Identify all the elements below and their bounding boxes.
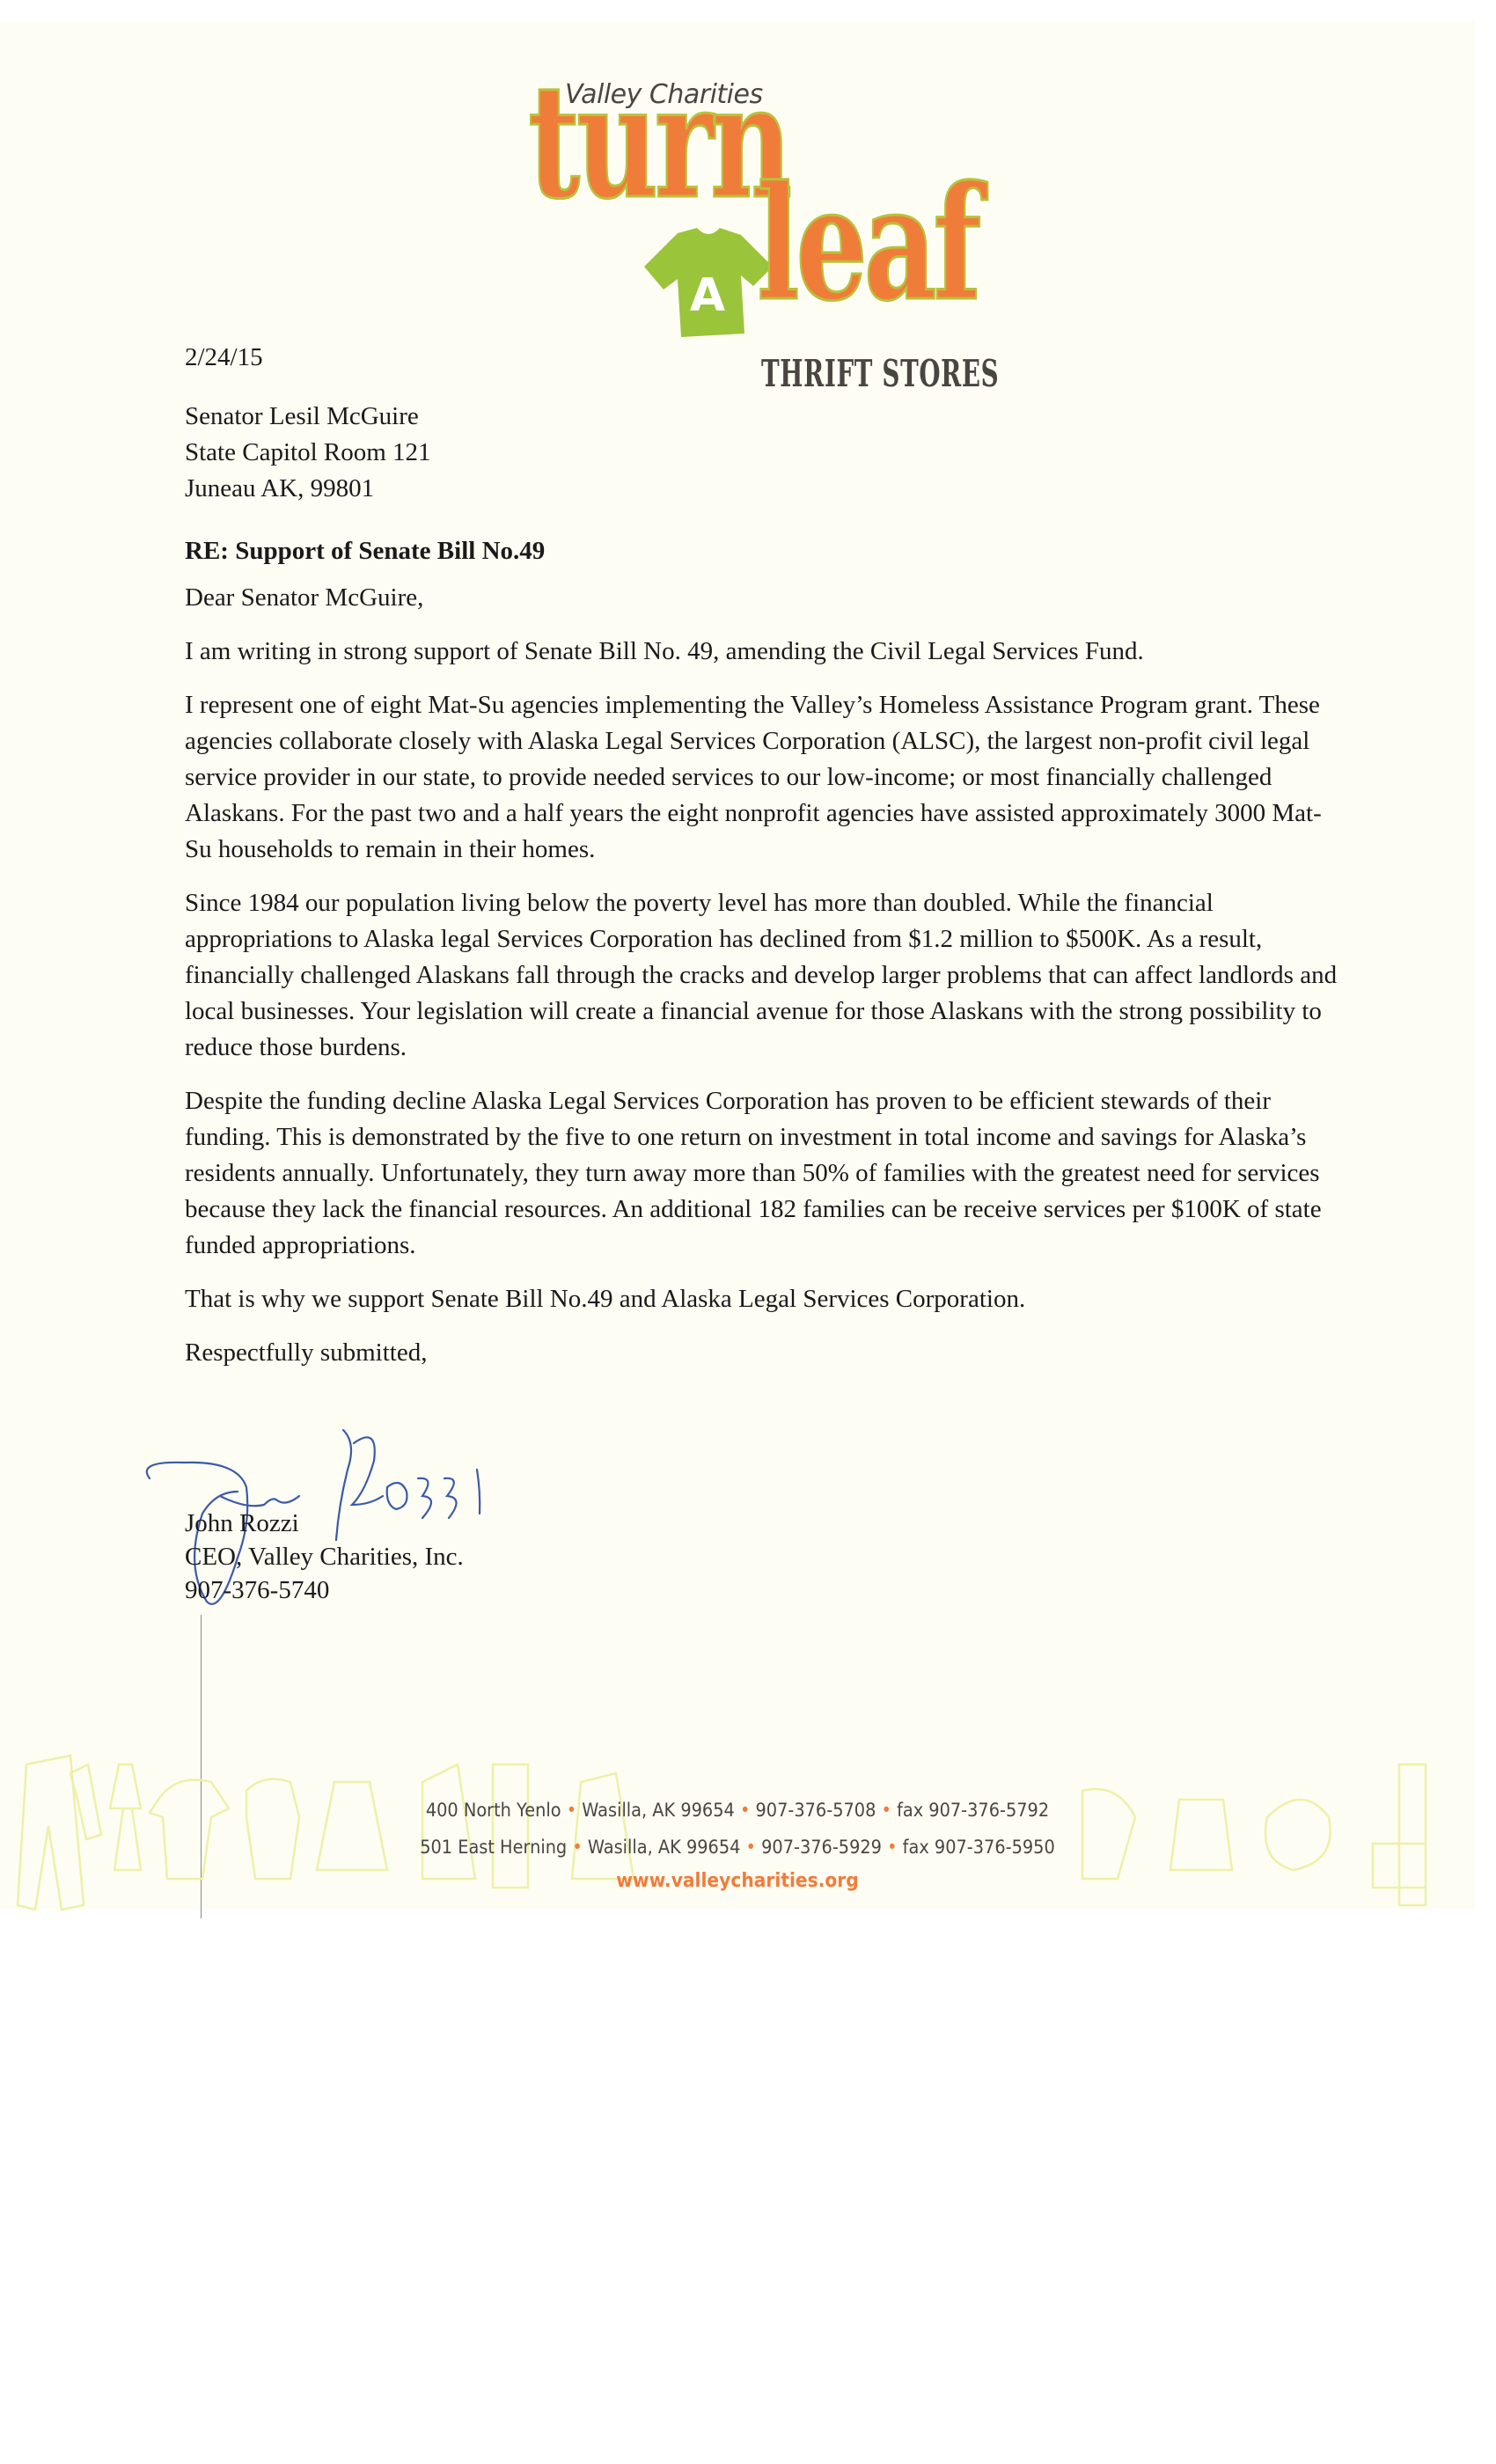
recipient-address: Senator Lesil McGuire State Capitol Room… — [185, 399, 1346, 507]
paragraph: Despite the funding decline Alaska Legal… — [185, 1083, 1346, 1264]
footer-address-line-1: 400 North Yenlo • Wasilla, AK 99654 • 90… — [59, 1800, 1416, 1821]
letterhead-footer: 400 North Yenlo • Wasilla, AK 99654 • 90… — [0, 1747, 1475, 1923]
paragraph: Since 1984 our population living below t… — [185, 885, 1346, 1066]
recipient-city: Juneau AK, 99801 — [185, 471, 1346, 507]
signer-title: CEO, Valley Charities, Inc. — [185, 1540, 464, 1573]
paragraph: I represent one of eight Mat-Su agencies… — [185, 687, 1346, 868]
svg-text:A: A — [690, 269, 725, 322]
letter-body: 2/24/15 Senator Lesil McGuire State Capi… — [185, 340, 1346, 1371]
footer-address-line-2: 501 East Herning • Wasilla, AK 99654 • 9… — [59, 1837, 1416, 1858]
signer-name: John Rozzi — [185, 1507, 464, 1540]
closing: Respectfully submitted, — [185, 1335, 1346, 1371]
logo-org-name: Valley Charities — [565, 79, 763, 110]
recipient-name: Senator Lesil McGuire — [185, 399, 1346, 435]
signer-phone: 907-376-5740 — [185, 1573, 464, 1607]
signer-block: John Rozzi CEO, Valley Charities, Inc. 9… — [185, 1507, 464, 1607]
subject-line: RE: Support of Senate Bill No.49 — [185, 533, 1346, 569]
clothing-outline-decoration — [0, 1747, 1475, 1923]
salutation: Dear Senator McGuire, — [185, 580, 1346, 616]
letter-date: 2/24/15 — [185, 340, 1346, 376]
logo-word-leaf: leaf — [757, 165, 978, 322]
paragraph: I am writing in strong support of Senate… — [185, 634, 1346, 670]
recipient-street: State Capitol Room 121 — [185, 435, 1346, 471]
footer-website-link[interactable]: www.valleycharities.org — [59, 1870, 1416, 1892]
paragraph: That is why we support Senate Bill No.49… — [185, 1281, 1346, 1317]
tshirt-icon: A — [642, 224, 774, 339]
